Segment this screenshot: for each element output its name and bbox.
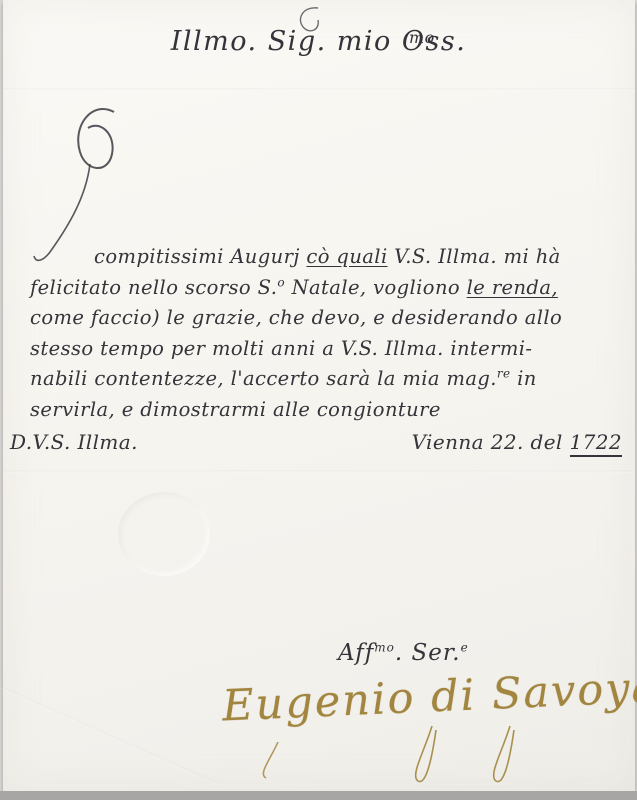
letter-line: come faccio) le grazie, che devo, e desi… xyxy=(30,303,618,334)
letter-text-segment: compitissimi Augurj xyxy=(94,245,306,268)
letter-text-segment: felicitato nello scorso S. xyxy=(30,276,277,299)
valediction-superscript: e xyxy=(461,640,469,654)
dateline-year: 1722 xyxy=(570,430,623,457)
letter-text-segment: nabili contentezze, l'accerto sarà la mi… xyxy=(30,367,497,390)
closing-row: D.V.S. Illma. Vienna 22. del 1722 xyxy=(10,430,622,454)
valediction-text: . Ser. xyxy=(395,640,461,666)
letter-line: compitissimi Augurj cò quali V.S. Illma.… xyxy=(30,242,618,273)
letter-text-segment: re xyxy=(497,367,511,381)
paper-crease xyxy=(3,470,635,473)
photo-bottom-edge xyxy=(0,791,637,800)
letter-text-segment: come faccio) le grazie, che devo, e desi… xyxy=(30,306,562,329)
dateline: Vienna 22. del 1722 xyxy=(412,430,622,454)
letter-line: stesso tempo per molti anni a V.S. Illma… xyxy=(30,334,618,365)
letter-line: servirla, e dimostrarmi alle congionture xyxy=(30,395,618,426)
closing-formula: D.V.S. Illma. xyxy=(10,430,138,454)
letter-text-segment: V.S. Illma. mi hà xyxy=(388,245,561,268)
salutation: Illmo. Sig. mio Ossmo. xyxy=(0,26,637,57)
letter-text-segment: stesso tempo per molti anni a V.S. Illma… xyxy=(30,337,532,360)
salutation-superscript: mo xyxy=(409,28,435,47)
letter-text-segment: Natale, vogliono xyxy=(285,276,467,299)
letter-body: compitissimi Augurj cò quali V.S. Illma.… xyxy=(30,242,618,425)
letter-line: felicitato nello scorso S.o Natale, vogl… xyxy=(30,273,618,304)
salutation-period: . xyxy=(456,26,466,57)
letter-text-segment: servirla, e dimostrarmi alle congionture xyxy=(30,398,441,421)
letter-text-segment: in xyxy=(511,367,537,390)
blind-seal-impression xyxy=(118,492,210,576)
letter-text-segment: le renda, xyxy=(467,276,558,299)
valediction-text: Aff xyxy=(338,640,374,666)
valediction-superscript: mo xyxy=(374,640,395,654)
valediction: Affmo. Ser.e xyxy=(338,640,469,666)
dateline-place-day: Vienna 22. del xyxy=(412,430,570,454)
paper-crease xyxy=(3,88,635,91)
letter-line: nabili contentezze, l'accerto sarà la mi… xyxy=(30,364,618,395)
letter-photo: Illmo. Sig. mio Ossmo. compitissimi Augu… xyxy=(0,0,637,800)
letter-text-segment: cò quali xyxy=(306,245,387,268)
letter-text-segment: o xyxy=(277,275,285,289)
